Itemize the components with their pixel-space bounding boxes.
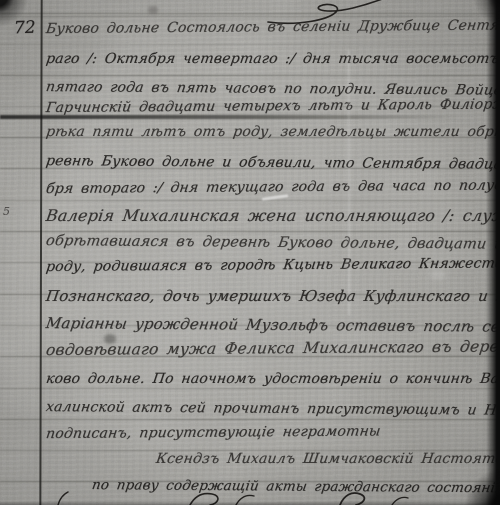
scan-corner-shadow-top-right <box>470 0 500 40</box>
manuscript-line: Маріанны урожденной Музольфъ оставивъ по… <box>45 314 500 336</box>
manuscript-line: Валерія Михалинская жена исполняющаго /:… <box>45 206 500 225</box>
manuscript-line: по праву содержащій акты гражданскаго со… <box>91 477 500 496</box>
scan-edge-right <box>486 0 500 505</box>
manuscript-line: ревнѣ Буково дольне и объявили, что Сент… <box>45 153 500 173</box>
scan-corner-shadow-bottom-right <box>460 435 500 505</box>
scan-scratch-vertical <box>348 50 350 315</box>
ink-stain <box>148 6 158 14</box>
ink-stain <box>104 334 116 344</box>
scan-edge-bottom <box>0 501 500 505</box>
manuscript-line: бря втораго :/ дня текущаго года въ два … <box>45 177 500 197</box>
manuscript-line: Познанскаго, дочь умершихъ Юзефа Куфлинс… <box>45 287 500 305</box>
manuscript-line: подписанъ, присутствующіе неграмотны <box>45 423 382 442</box>
manuscript-line: пятаго года въ пять часовъ по полудни. Я… <box>45 79 500 99</box>
light-stain <box>430 270 446 280</box>
manuscript-line: рѣка пяти лѣтъ отъ роду, земледѣльцы жит… <box>45 124 500 140</box>
manuscript-text: Буково дольне Состоялось въ селеніи Друж… <box>0 0 500 505</box>
manuscript-line: раго /: Октября четвертаго :/ дня тысяча… <box>45 51 500 67</box>
manuscript-line: обрѣтавшаяся въ деревнѣ Буково дольне, д… <box>45 233 500 254</box>
manuscript-line: Гарчинскій двадцати четырехъ лѣтъ и Каро… <box>45 96 500 116</box>
manuscript-line: халинской актъ сей прочитанъ присутствую… <box>45 399 500 419</box>
manuscript-line: ково дольне. По наочномъ удостовѣреніи о… <box>45 371 500 387</box>
manuscript-line: Буково дольне Состоялось въ селеніи Друж… <box>45 16 500 37</box>
scanned-register-page: 72 5 Буково дольне Состоялось въ селеніи… <box>0 0 500 505</box>
manuscript-line: Ксендзъ Михаилъ Шимчаковскій Настоятель … <box>155 451 500 467</box>
scan-corner-shadow-top-left <box>0 0 40 36</box>
